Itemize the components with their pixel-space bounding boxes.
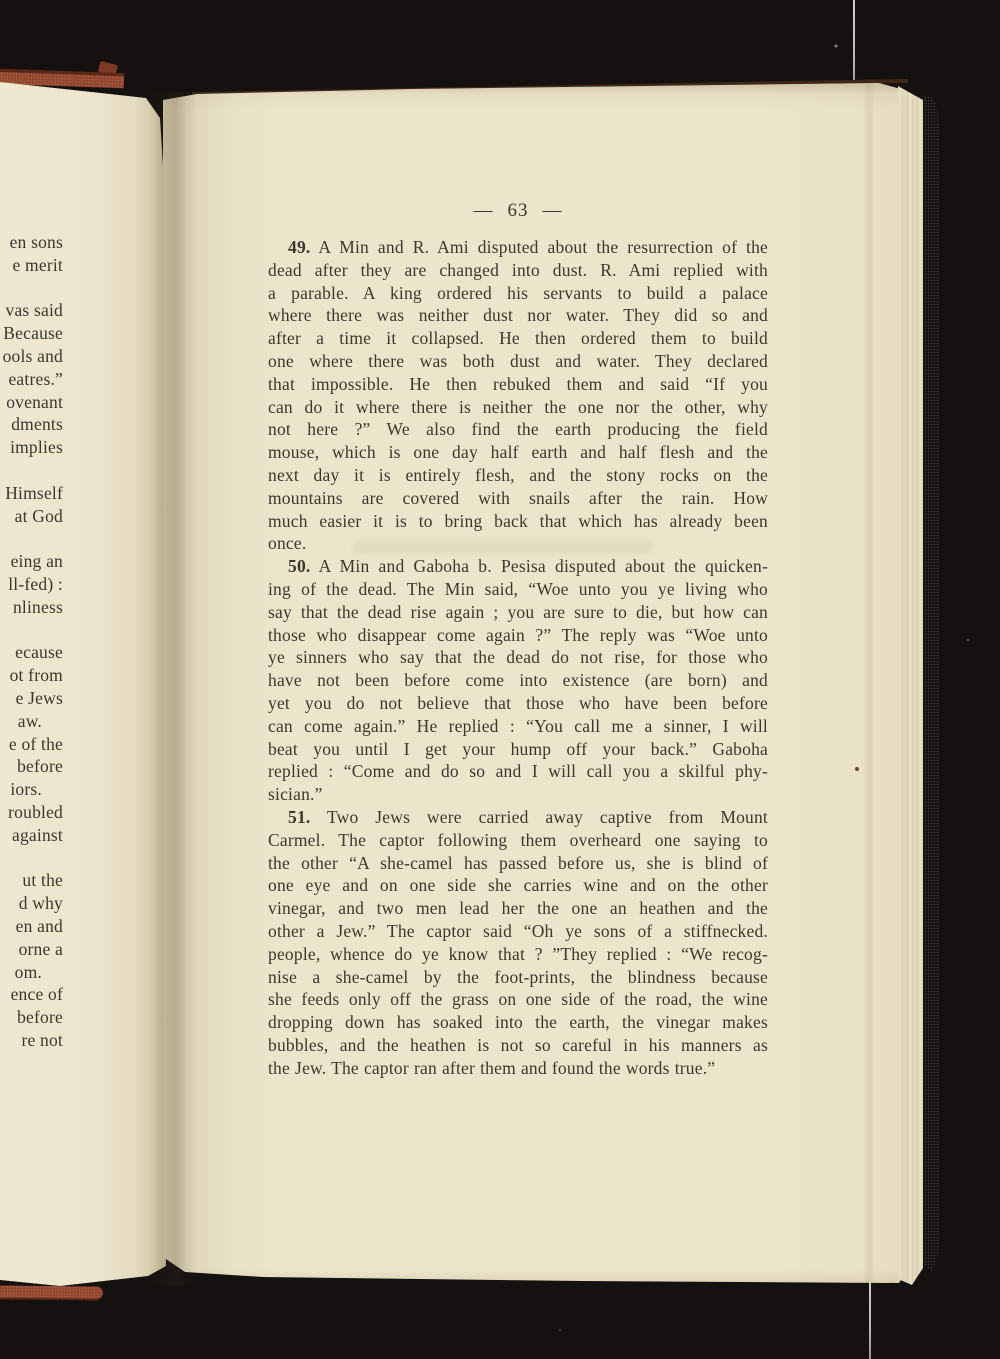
left-fragment-line: at God — [0, 505, 63, 528]
text-line: dead after they are changed into dust. R… — [268, 259, 768, 282]
text-line: that impossible. He then rebuked them an… — [268, 373, 768, 396]
text-line: 51. Two Jews were carried away captive f… — [268, 806, 768, 829]
text-line: can do it where there is neither the one… — [268, 396, 768, 419]
left-fragment-line: d why — [0, 892, 63, 915]
text-line: 50. A Min and Gaboha b. Pesisa disputed … — [268, 555, 768, 578]
text-line: can come again.” He replied : “You call … — [268, 715, 768, 738]
left-fragment-line — [0, 527, 63, 550]
text-line: bubbles, and the heathen is not so caref… — [268, 1034, 768, 1057]
left-fragment-line: e of the — [0, 733, 63, 756]
photo-backdrop: en sonse merit vas saidBecauseools andea… — [0, 0, 1000, 1359]
left-fragment-line: aw. — [0, 710, 63, 733]
left-fragment-line: iors. — [0, 778, 63, 801]
left-fragment-line: re not — [0, 1029, 63, 1052]
text-line: one eye and on one side she carries wine… — [268, 874, 768, 897]
left-fragment-line: ecause — [0, 641, 63, 664]
left-fragment-line — [0, 847, 63, 870]
text-line: those who disappear come again ?” The re… — [268, 624, 768, 647]
text-line: say that the dead rise again ; you are s… — [268, 601, 768, 624]
paragraph-number: 49. — [288, 237, 310, 257]
left-fragment-line: en and — [0, 915, 63, 938]
body-text: 49. A Min and R. Ami disputed about the … — [268, 236, 768, 1079]
left-fragment-line: eatres.” — [0, 368, 63, 391]
left-fragment-line: dments — [0, 413, 63, 436]
left-fragment-line: before — [0, 755, 63, 778]
left-fragment-line: Because — [0, 322, 63, 345]
text-line: 49. A Min and R. Ami disputed about the … — [268, 236, 768, 259]
text-line: next day it is entirely flesh, and the s… — [268, 464, 768, 487]
cover-edge-right — [921, 96, 940, 1272]
text-line: mouse, which is one day half earth and h… — [268, 441, 768, 464]
paragraph-number: 50. — [288, 556, 310, 576]
left-fragment-line: implies — [0, 436, 63, 459]
text-line: sician.” — [268, 783, 768, 806]
text-line: Carmel. The captor following them overhe… — [268, 829, 768, 852]
text-line: mountains are covered with snails after … — [268, 487, 768, 510]
left-fragment-line: against — [0, 824, 63, 847]
left-fragment-line: orne a — [0, 938, 63, 961]
left-fragment-line: eing an — [0, 550, 63, 573]
left-fragment-line: om. — [0, 961, 63, 984]
left-fragment-line: en sons — [0, 231, 63, 254]
text-line: the other “A she-camel has passed before… — [268, 852, 768, 875]
text-line: beat you until I get your hump off your … — [268, 738, 768, 761]
left-fragment-line: ll-fed) : — [0, 573, 63, 596]
text-line: not here ?” We also find the earth produ… — [268, 418, 768, 441]
text-line: where there was neither dust nor water. … — [268, 304, 768, 327]
cover-edge-bottom-left — [0, 1285, 103, 1300]
left-fragment-line: ut the — [0, 869, 63, 892]
header-dash-left: — — [474, 200, 494, 221]
text-line: dropping down has soaked into the earth,… — [268, 1011, 768, 1034]
text-line: replied : “Come and do so and I will cal… — [268, 760, 768, 783]
text-line: ing of the dead. The Min said, “Woe unto… — [268, 578, 768, 601]
text-line: she feeds only off the grass on one side… — [268, 988, 768, 1011]
left-fragment-line: e merit — [0, 254, 63, 277]
left-fragment-line: ovenant — [0, 391, 63, 414]
page-number: 63 — [508, 200, 529, 221]
text-line: vinegar, and two men lead her the one an… — [268, 897, 768, 920]
left-fragment-line: ot from — [0, 664, 63, 687]
right-page: —63— 49. A Min and R. Ami disputed about… — [163, 80, 910, 1292]
cradle-thread-top — [853, 0, 855, 92]
text-line: other a Jew.” The captor said “Oh ye son… — [268, 920, 768, 943]
left-fragment-line: before — [0, 1006, 63, 1029]
left-fragment-line: roubled — [0, 801, 63, 824]
text-line: have not been before come into existence… — [268, 669, 768, 692]
page-number-header: —63— — [268, 200, 768, 222]
text-line: people, whence do ye know that ? ”They r… — [268, 943, 768, 966]
text-line: ye sinners who say that the dead do not … — [268, 646, 768, 669]
text-line: the Jew. The captor ran after them and f… — [268, 1057, 768, 1080]
left-fragment-line: e Jews — [0, 687, 63, 710]
ink-bleed-ghost — [353, 540, 653, 554]
left-fragment-line: vas said — [0, 299, 63, 322]
left-fragment-line: ools and — [0, 345, 63, 368]
left-fragment-line: ence of — [0, 983, 63, 1006]
text-line: nise a she-camel by the foot-prints, the… — [268, 966, 768, 989]
header-dash-right: — — [543, 200, 563, 221]
cradle-thread-bottom — [869, 1279, 871, 1359]
left-fragment-line — [0, 619, 63, 642]
paper-speck — [855, 767, 859, 771]
left-fragment-line: nliness — [0, 596, 63, 619]
left-page-text-fragments: en sonse merit vas saidBecauseools andea… — [0, 231, 63, 1052]
left-page: en sonse merit vas saidBecauseools andea… — [0, 74, 168, 1290]
text-line: yet you do not believe that those who ha… — [268, 692, 768, 715]
left-fragment-line — [0, 277, 63, 300]
left-fragment-line: Himself — [0, 482, 63, 505]
page-fore-edges — [898, 84, 923, 1292]
text-line: much easier it is to bring back that whi… — [268, 510, 768, 533]
text-line: a parable. A king ordered his servants t… — [268, 282, 768, 305]
text-line: after a time it collapsed. He then order… — [268, 327, 768, 350]
text-line: one where there was both dust and water.… — [268, 350, 768, 373]
paragraph-number: 51. — [288, 807, 310, 827]
left-fragment-line — [0, 459, 63, 482]
